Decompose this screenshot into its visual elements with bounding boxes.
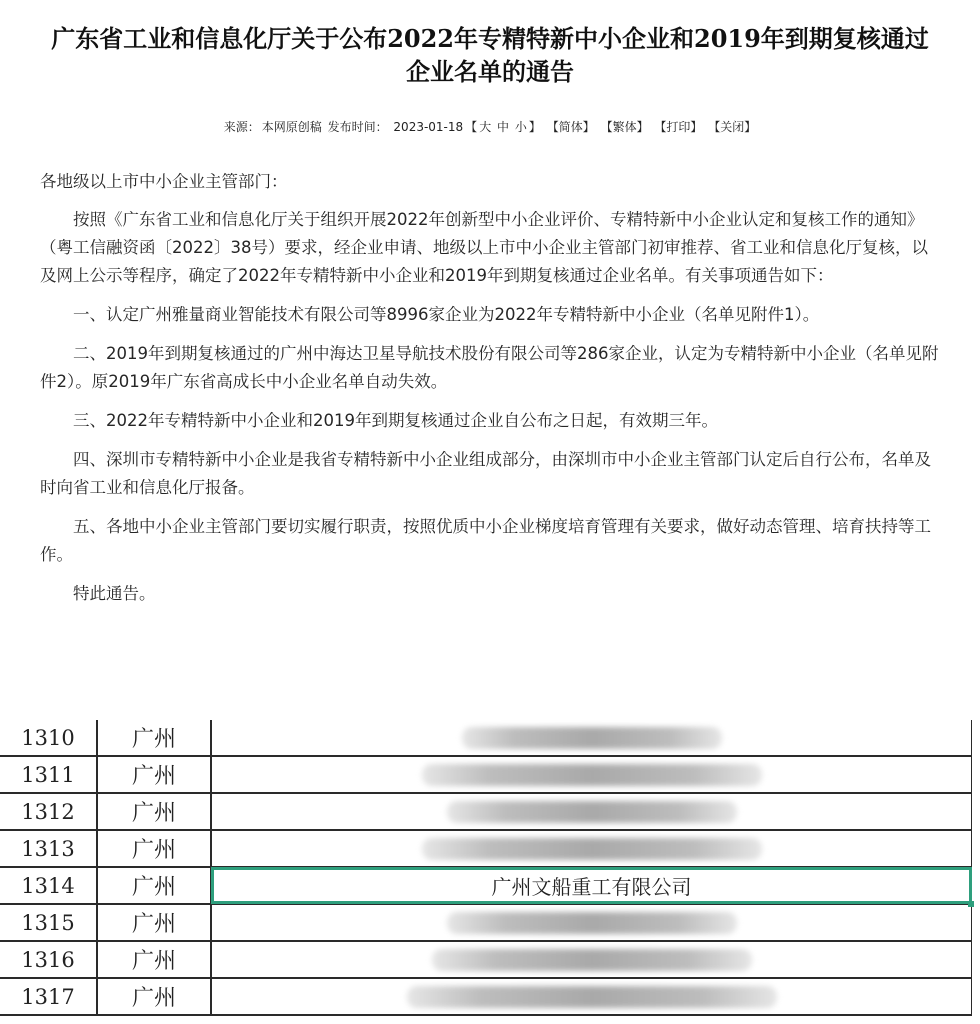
source-value: 本网原创稿 <box>262 120 322 134</box>
table-row: 1311广州 <box>0 756 972 793</box>
table-row: 1317广州 <box>0 978 972 1015</box>
company-name-cell[interactable]: 广州文船重工有限公司 <box>211 867 972 904</box>
table-row: 1315广州 <box>0 904 972 941</box>
row-number-cell[interactable]: 1317 <box>0 978 97 1015</box>
company-name: 广州文船重工有限公司 <box>492 875 692 899</box>
redacted-company-name <box>462 727 722 749</box>
city-cell[interactable]: 广州 <box>97 793 211 830</box>
paragraph-item-1: 一、认定广州雅量商业智能技术有限公司等8996家企业为2022年专精特新中小企业… <box>40 301 940 329</box>
company-name-cell[interactable] <box>211 830 972 867</box>
row-number-cell[interactable]: 1312 <box>0 793 97 830</box>
table-row: 1312广州 <box>0 793 972 830</box>
redacted-company-name <box>432 949 752 971</box>
paragraph-item-5: 五、各地中小企业主管部门要切实履行职责，按照优质中小企业梯度培育管理有关要求，做… <box>40 513 940 569</box>
table-row: 1316广州 <box>0 941 972 978</box>
salutation: 各地级以上市中小企业主管部门： <box>40 168 940 196</box>
table-row: 1310广州 <box>0 720 972 756</box>
paragraph-intro: 按照《广东省工业和信息化厅关于组织开展2022年创新型中小企业评价、专精特新中小… <box>40 206 940 290</box>
table-row: 1313广州 <box>0 830 972 867</box>
redacted-company-name <box>422 764 762 786</box>
article-meta-bar: 来源：本网原创稿 发布时间： 2023-01-18【大 中 小】 【简体】 【繁… <box>0 118 980 135</box>
city-cell[interactable]: 广州 <box>97 830 211 867</box>
published-label: 发布时间： <box>328 120 388 134</box>
font-size-large-button[interactable]: 大 <box>479 120 491 134</box>
title-line-1: 广东省工业和信息化厅关于公布2022年专精特新中小企业和2019年到期复核通过 <box>0 22 980 55</box>
company-name-cell[interactable] <box>211 793 972 830</box>
company-name-cell[interactable] <box>211 756 972 793</box>
company-name-cell[interactable] <box>211 720 972 756</box>
city-cell[interactable]: 广州 <box>97 978 211 1015</box>
font-size-small-button[interactable]: 小 <box>515 120 527 134</box>
article-title: 广东省工业和信息化厅关于公布2022年专精特新中小企业和2019年到期复核通过 … <box>0 22 980 88</box>
row-number-cell[interactable]: 1313 <box>0 830 97 867</box>
redacted-company-name <box>422 838 762 860</box>
company-list-table: 1310广州1311广州1312广州1313广州1314广州广州文船重工有限公司… <box>0 720 972 1016</box>
table-row: 1314广州广州文船重工有限公司 <box>0 867 972 904</box>
closing-line: 特此通告。 <box>40 580 940 608</box>
row-number-cell[interactable]: 1314 <box>0 867 97 904</box>
redacted-company-name <box>447 912 737 934</box>
bracket-close: 】 <box>529 120 541 134</box>
title-line-2: 企业名单的通告 <box>0 55 980 88</box>
row-number-cell[interactable]: 1311 <box>0 756 97 793</box>
city-cell[interactable]: 广州 <box>97 756 211 793</box>
city-cell[interactable]: 广州 <box>97 941 211 978</box>
bracket-open: 【 <box>465 120 477 134</box>
redacted-company-name <box>407 986 777 1008</box>
row-number-cell[interactable]: 1315 <box>0 904 97 941</box>
close-button[interactable]: 【关闭】 <box>708 120 756 134</box>
city-cell[interactable]: 广州 <box>97 720 211 756</box>
city-cell[interactable]: 广州 <box>97 867 211 904</box>
published-date: 2023-01-18 <box>393 120 463 134</box>
company-list-spreadsheet: 1310广州1311广州1312广州1313广州1314广州广州文船重工有限公司… <box>0 720 980 1016</box>
company-name-cell[interactable] <box>211 904 972 941</box>
company-name-cell[interactable] <box>211 978 972 1015</box>
article-body: 各地级以上市中小企业主管部门： 按照《广东省工业和信息化厅关于组织开展2022年… <box>40 168 940 619</box>
source-label: 来源： <box>224 120 260 134</box>
row-number-cell[interactable]: 1316 <box>0 941 97 978</box>
simplified-chinese-button[interactable]: 【简体】 <box>547 120 595 134</box>
print-button[interactable]: 【打印】 <box>654 120 702 134</box>
redacted-company-name <box>447 801 737 823</box>
row-number-cell[interactable]: 1310 <box>0 720 97 756</box>
traditional-chinese-button[interactable]: 【繁体】 <box>601 120 649 134</box>
city-cell[interactable]: 广州 <box>97 904 211 941</box>
paragraph-item-4: 四、深圳市专精特新中小企业是我省专精特新中小企业组成部分，由深圳市中小企业主管部… <box>40 446 940 502</box>
paragraph-item-2: 二、2019年到期复核通过的广州中海达卫星导航技术股份有限公司等286家企业，认… <box>40 340 940 396</box>
font-size-medium-button[interactable]: 中 <box>497 120 509 134</box>
paragraph-item-3: 三、2022年专精特新中小企业和2019年到期复核通过企业自公布之日起，有效期三… <box>40 407 940 435</box>
company-name-cell[interactable] <box>211 941 972 978</box>
